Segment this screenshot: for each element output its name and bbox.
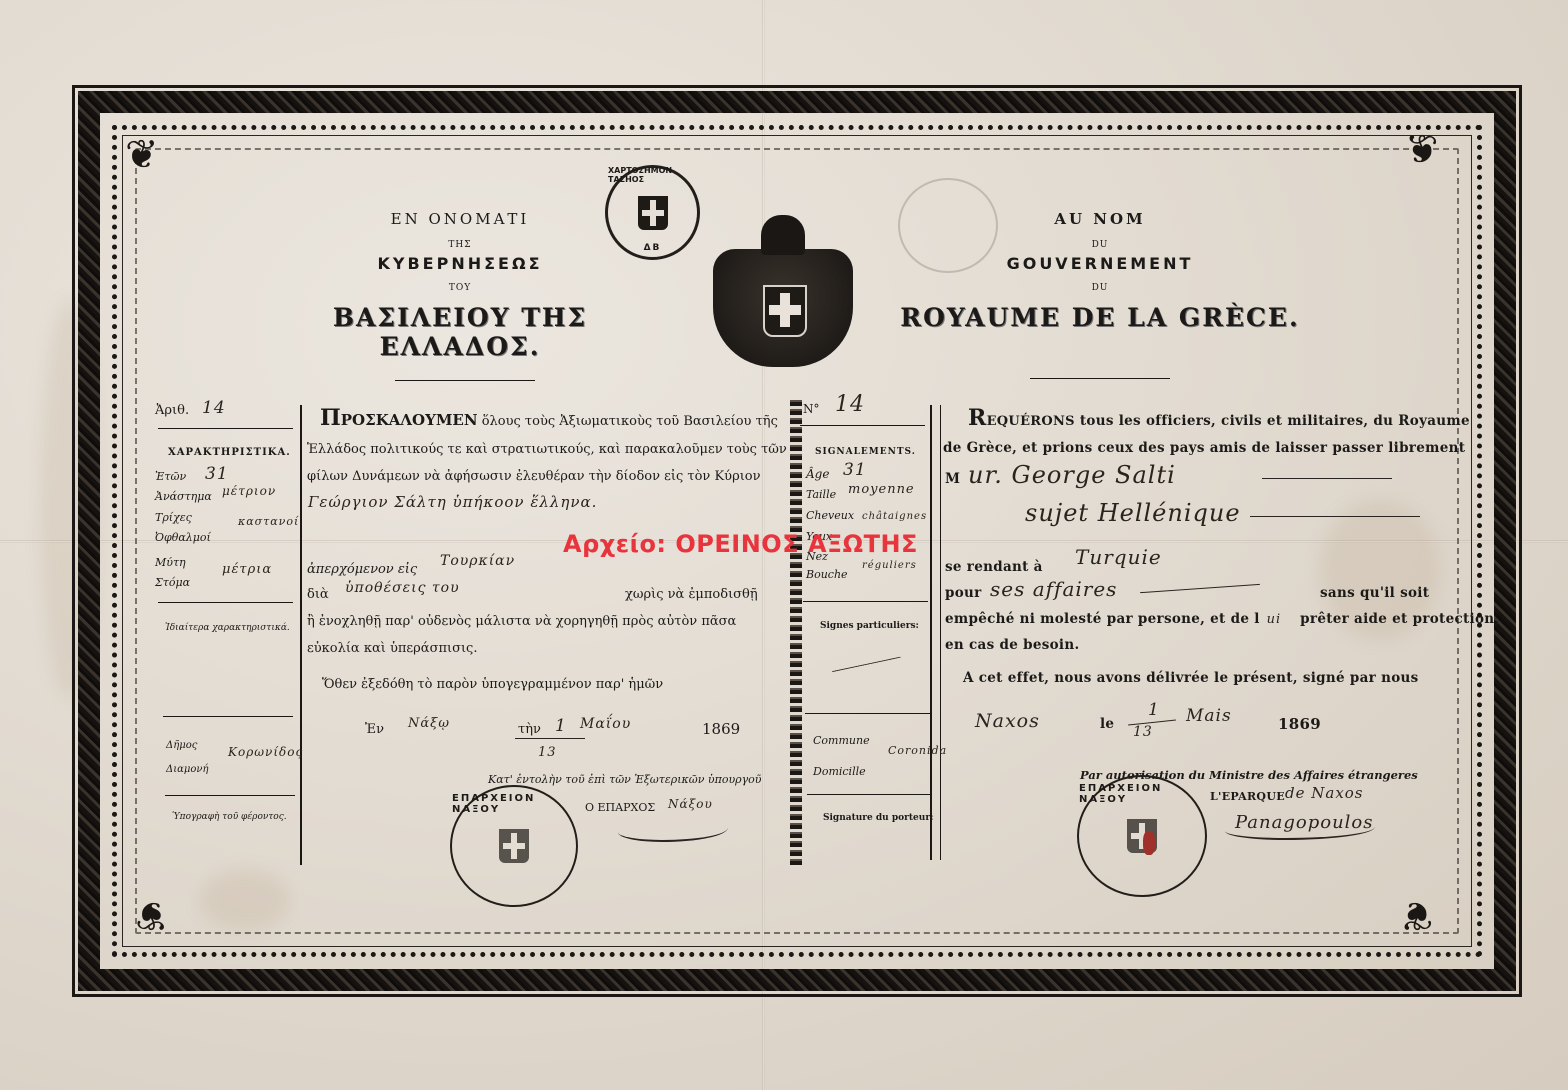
stub-fr-rule	[807, 794, 932, 795]
stub-fr-rule	[805, 713, 930, 714]
body-fr-line5a: empêché ni molesté par persone, et de l	[945, 611, 1260, 627]
stub-gr-field-value-eyes: καστανοί	[238, 515, 299, 528]
body-gr-issued: Ὅθεν ἐξεδόθη τὸ παρὸν ὑπογεγραμμένον παρ…	[322, 677, 663, 692]
body-gr-initial: Π	[320, 405, 341, 431]
stub-divider-right	[930, 405, 932, 860]
body-fr-date-month: Mais	[1186, 706, 1232, 726]
body-fr-prefect-label: L'EPARQUE	[1210, 790, 1285, 803]
stub-gr-rule	[158, 428, 293, 429]
body-fr-sans: sans qu'il soit	[1320, 585, 1429, 601]
header-greek-rule	[395, 380, 535, 381]
stub-fr-field-value-age: 31	[843, 460, 867, 480]
wax-spot	[1143, 831, 1155, 855]
stub-gr-residence-label: Διαμονή	[166, 764, 209, 775]
stub-fr-field-label-hair: Cheveux	[806, 509, 854, 522]
stub-gr-field-label-hair: Τρίχες	[155, 511, 192, 524]
body-gr-purpose: ὑποθέσεις του	[345, 580, 460, 596]
body-gr-year: 1869	[702, 720, 740, 738]
body-fr-bearer-name: ur. George Salti	[968, 461, 1176, 489]
stub-fr-field-label-mouth: Bouche	[806, 568, 848, 581]
revenue-stamp: ΧΑΡΤΟΣΗΜΟΝ ΤΑΣΗΟΣ ΔΒ	[605, 165, 700, 260]
stub-fr-domicile-label: Domicille	[813, 765, 866, 778]
stub-fr-number-value: 14	[835, 392, 865, 417]
body-gr-lead: ΡΟΣΚΑΛΟΥΜΕΝ	[341, 411, 478, 429]
header-greek-line2: ΤΗΣ	[250, 240, 670, 250]
stub-fr-section-title: SIGNALEMENTS.	[815, 447, 916, 457]
stub-gr-field-label-nose: Μύτη	[155, 556, 186, 569]
stub-fr-special-label: Signes particuliers:	[820, 621, 919, 631]
embossed-seal	[898, 178, 998, 273]
stub-gr-municipality-label: Δῆμος	[166, 740, 197, 751]
date-fraction-line	[515, 738, 585, 739]
header-greek-title: ΒΑΣΙΛΕΙΟΥ ΤΗΣ ΕΛΛΑΔΟΣ.	[250, 303, 670, 361]
body-fr-nationality: sujet Hellénique	[1025, 499, 1241, 527]
stub-fr-signature-label: Signature du porteur:	[823, 813, 933, 823]
corner-flourish-icon: ❦	[1405, 130, 1439, 170]
body-fr-effect: A cet effet, nous avons délivrée le prés…	[963, 670, 1419, 686]
header-greek-line4: ΤΟΥ	[250, 283, 670, 293]
body-fr-m-label: M	[945, 471, 960, 487]
body-fr-line2: de Grèce, et prions ceux des pays amis d…	[943, 440, 1465, 456]
royal-coat-of-arms-icon	[713, 215, 853, 367]
nationality-line	[1250, 516, 1420, 517]
stub-fr-field-value-hair: châtaignes	[862, 511, 927, 522]
stub-gr-field-label-age: Ἐτῶν	[155, 470, 186, 483]
body-fr-year: 1869	[1278, 715, 1321, 733]
stub-fr-rule	[803, 601, 928, 602]
revenue-stamp-value: ΔΒ	[644, 243, 662, 253]
stub-gr-rule	[165, 795, 295, 796]
stub-fr-field-label-age: Âge	[806, 467, 829, 481]
body-gr-date-day: 1	[555, 716, 567, 736]
stub-gr-number-label: Ἀριθ.	[155, 403, 189, 418]
prefecture-seal-left-text: ΕΠΑΡΧΕΙΟΝ ΝΑΞΟΥ	[452, 793, 576, 815]
body-fr-lead: EQUÉRONS	[987, 414, 1075, 429]
body-fr-date-day: 1	[1148, 700, 1160, 720]
body-fr-line5-hand: ui	[1267, 612, 1282, 627]
prefecture-seal-right-text: ΕΠΑΡΧΕΙΟΝ ΝΑΞΟΥ	[1079, 783, 1205, 805]
body-gr-line6: εὐκολία καὶ ὑπεράσπισις.	[307, 641, 477, 656]
stub-fr-field-value-nose: réguliers	[862, 560, 917, 571]
stub-divider-left	[300, 405, 302, 865]
bearer-name-line	[1262, 478, 1392, 479]
stub-fr-domicile-value: Coronida	[888, 744, 947, 757]
stub-gr-field-value-height: μέτριον	[222, 484, 276, 498]
body-gr-line5: ἢ ἐνοχληθῇ παρ' οὐδενὸς μάλιστα νὰ χορηγ…	[307, 614, 736, 629]
stub-gr-field-label-height: Ἀνάστημα	[155, 490, 212, 503]
body-gr-prefect-label: Ο ΕΠΑΡΧΟΣ	[585, 801, 655, 814]
body-fr-initial: R	[968, 405, 987, 431]
body-gr-date-day-new: 13	[538, 745, 557, 760]
body-gr-line1-rest: ὅλους τοὺς Ἀξιωματικοὺς τοῦ Βασιλείου τῆ…	[482, 414, 778, 429]
stub-gr-field-value-mouth: μέτρια	[222, 562, 272, 577]
stub-fr-number-label: N°	[803, 402, 820, 416]
body-gr-line1: ΠΡΟΣΚΑΛΟΥΜΕΝ ὅλους τοὺς Ἀξιωματικοὺς τοῦ…	[320, 405, 778, 431]
header-french-line4: DU	[890, 283, 1310, 293]
body-fr-destination-label: se rendant à	[945, 559, 1043, 575]
stub-gr-field-label-eyes: Ὀφθαλμοί	[155, 531, 211, 544]
stub-fr-commune-label: Commune	[813, 734, 870, 747]
stub-gr-section-title: ΧΑΡΑΚΤΗΡΙΣΤΙΚΑ.	[168, 447, 291, 458]
stub-gr-rule	[163, 716, 293, 717]
body-gr-authority: Κατ' ἐντολὴν τοῦ ἐπὶ τῶν Ἐξωτερικῶν ὑπου…	[488, 773, 762, 786]
prefecture-seal-right: ΕΠΑΡΧΕΙΟΝ ΝΑΞΟΥ	[1077, 775, 1207, 897]
body-fr-place: Naxos	[975, 710, 1040, 732]
stub-fr-field-value-height: moyenne	[848, 482, 915, 497]
body-gr-without-hindrance: χωρὶς νὰ ἐμποδισθῇ	[625, 587, 758, 602]
header-french-title: ROYAUME DE LA GRÈCE.	[890, 303, 1310, 332]
stub-gr-special-label: Ἰδιαίτερα χαρακτηριστικά.	[165, 623, 290, 633]
body-gr-travel-label: ἀπερχόμενον εἰς	[307, 562, 417, 577]
body-fr-line1-rest: tous les officiers, civils et militaires…	[1080, 413, 1470, 429]
corner-flourish-icon: ❦	[135, 895, 169, 935]
body-fr-line6: en cas de besoin.	[945, 637, 1079, 653]
body-fr-date-label: le	[1100, 716, 1114, 732]
body-gr-date-month: Μαΐου	[580, 716, 631, 732]
header-french-rule	[1030, 378, 1170, 379]
corner-flourish-icon: ❦	[1400, 895, 1434, 935]
stub-fr-rule	[800, 425, 925, 426]
body-fr-purpose-label: pour	[945, 585, 982, 601]
stub-gr-field-label-mouth: Στόμα	[155, 576, 190, 589]
perforation-band	[790, 400, 802, 865]
header-greek: ΕΝ ΟΝΟΜΑΤΙ ΤΗΣ ΚΥΒΕΡΝΗΣΕΩΣ ΤΟΥ ΒΑΣΙΛΕΙΟΥ…	[250, 210, 670, 361]
stub-gr-rule	[158, 602, 293, 603]
body-gr-place: Νάξῳ	[408, 716, 450, 731]
revenue-stamp-text: ΧΑΡΤΟΣΗΜΟΝ ΤΑΣΗΟΣ	[608, 166, 697, 184]
body-gr-line3: φίλων Δυνάμεων νὰ ἀφήσωσιν ἐλευθέραν τὴν…	[307, 469, 761, 484]
body-fr-line5b: prêter aide et protection,	[1300, 611, 1499, 627]
body-fr-purpose: ses affaires	[990, 577, 1117, 601]
body-gr-bearer-name: Γεώργιον Σάλτη ὑπήκοον ἕλληνα.	[308, 493, 597, 511]
stub-gr-signature-label: Ὑπογραφὴ τοῦ φέροντος.	[172, 812, 287, 822]
body-gr-purpose-label: διὰ	[307, 587, 329, 602]
stub-gr-number-value: 14	[202, 398, 226, 418]
body-fr-line5: empêché ni molesté par persone, et de l …	[945, 611, 1499, 627]
corner-flourish-icon: ❦	[125, 135, 159, 175]
stub-fr-field-label-height: Taille	[806, 488, 836, 501]
body-fr-line1: REQUÉRONS tous les officiers, civils et …	[968, 405, 1470, 431]
stub-gr-residence-value: Κορωνίδος	[228, 745, 303, 759]
greek-cross-icon	[638, 196, 668, 230]
archive-watermark: Αρχείο: ΟΡΕΙΝΟΣ ΑΞΩΤΗΣ	[563, 530, 918, 558]
body-fr-date-day-new: 13	[1133, 724, 1153, 740]
stub-gr-field-value-age: 31	[205, 464, 229, 484]
prefecture-seal-left: ΕΠΑΡΧΕΙΟΝ ΝΑΞΟΥ	[450, 785, 578, 907]
body-gr-destination: Τουρκίαν	[440, 553, 515, 569]
body-fr-destination: Turquie	[1075, 545, 1162, 569]
body-gr-line2: Ἑλλάδος πολιτικούς τε καὶ στρατιωτικούς,…	[307, 442, 787, 457]
body-fr-prefect-place: de Naxos	[1285, 784, 1364, 802]
greek-cross-icon	[499, 829, 529, 863]
stub-divider-right-2	[940, 405, 941, 860]
header-greek-line3: ΚΥΒΕΡΝΗΣΕΩΣ	[250, 254, 670, 273]
body-gr-place-label: Ἐν	[365, 722, 384, 737]
body-gr-prefect-place: Νάξου	[668, 797, 713, 811]
body-gr-date-label: τὴν	[518, 722, 541, 737]
